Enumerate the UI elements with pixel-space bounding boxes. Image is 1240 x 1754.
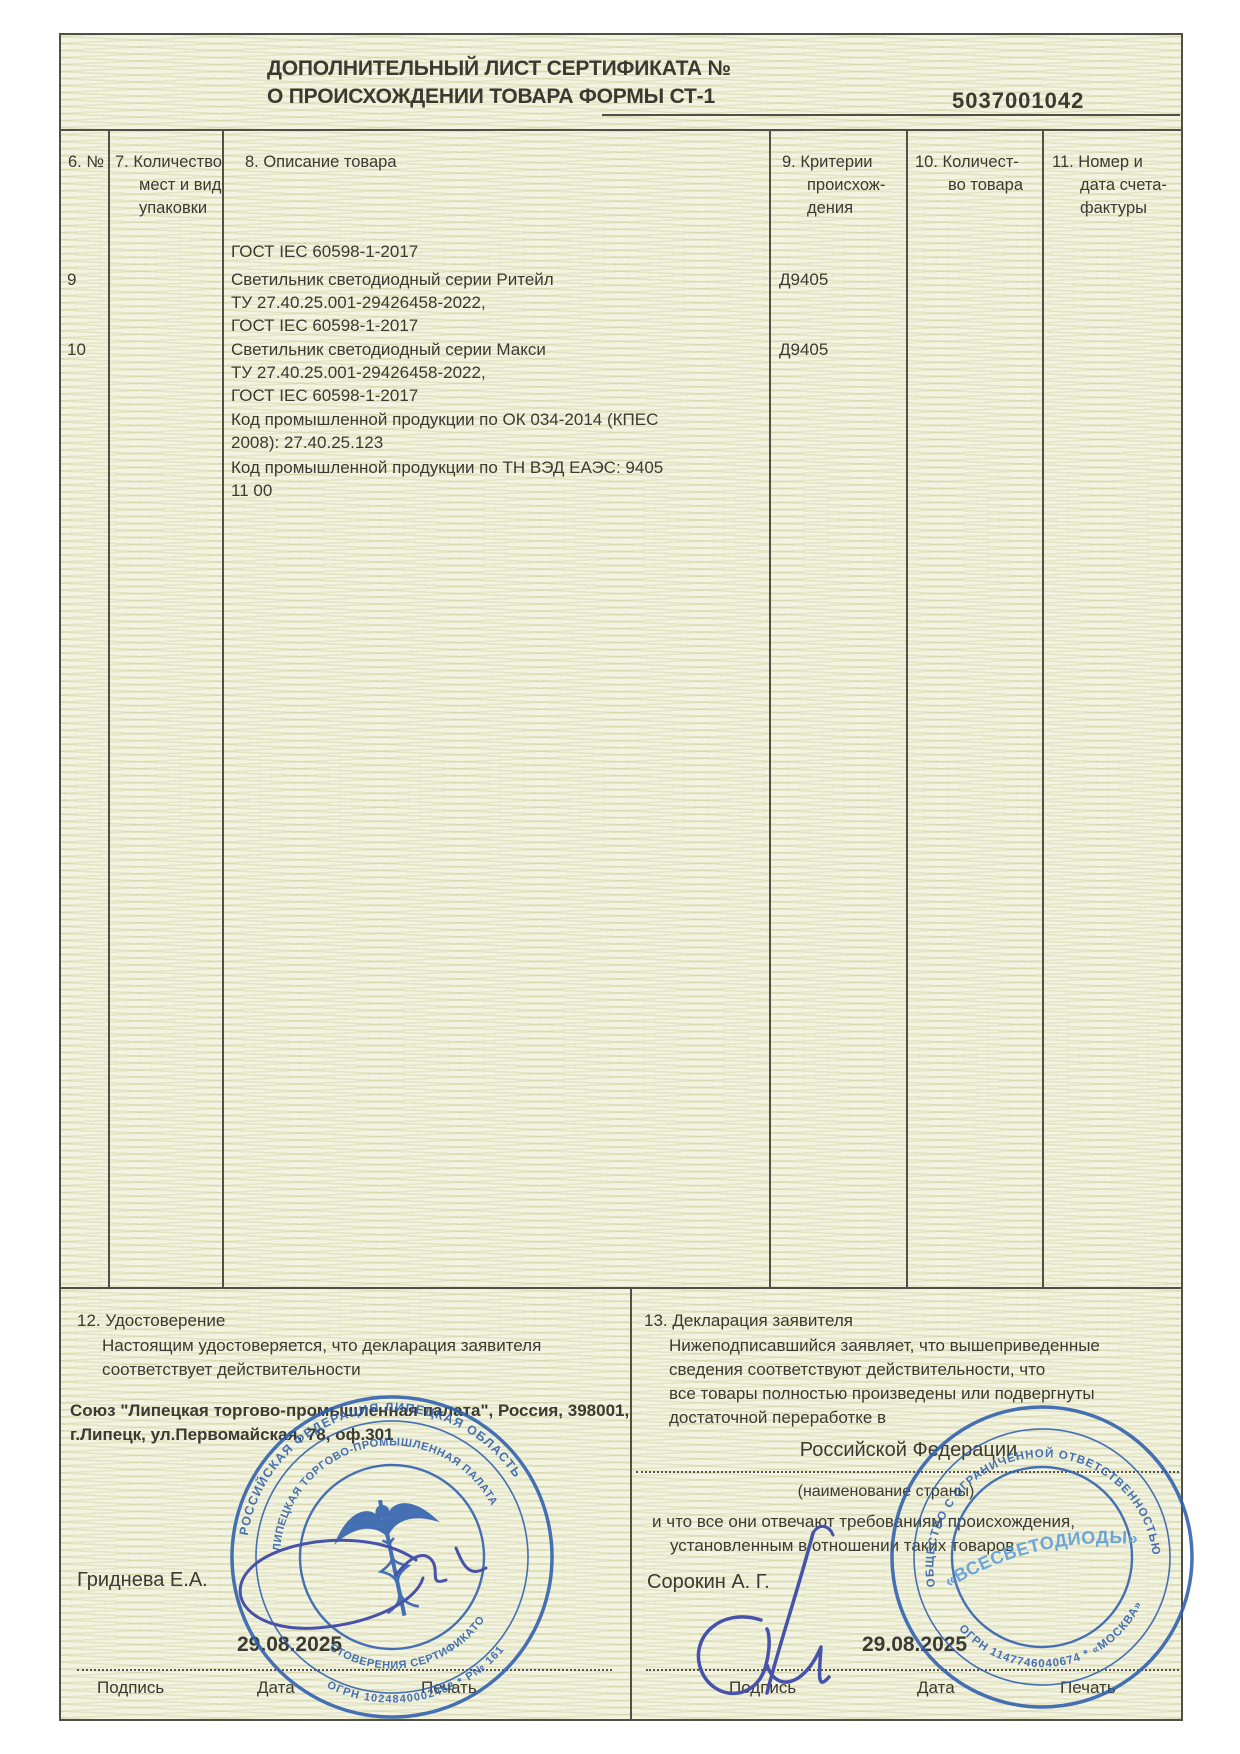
origin-criteria: Д9405 <box>779 340 828 360</box>
table-column-divider <box>222 129 224 1287</box>
col-header-10-line2: во товара <box>948 176 1023 195</box>
company-stamp-top-ring-text: ОБЩЕСТВО С ОГРАНИЧЕННОЙ ОТВЕТСТВЕННОСТЬЮ <box>909 1433 1162 1588</box>
company-stamp-bottom-ring-text: ОГРН 1147746040674 * «МОСКВА» <box>955 1598 1152 1683</box>
certificate-number: 5037001042 <box>952 88 1084 113</box>
goods-description: ГОСТ IEC 60598-1-2017 <box>231 386 418 406</box>
table-column-divider <box>906 129 908 1287</box>
header-divider-line <box>61 129 1181 131</box>
section12-body-line: соответствует действительности <box>102 1360 361 1380</box>
col-header-6: 6. № <box>68 153 104 172</box>
table-column-divider <box>1042 129 1044 1287</box>
section13-title: 13. Декларация заявителя <box>644 1311 853 1331</box>
company-stamp-center-text: «ВСЕСВЕТОДИОДЫ» <box>937 1520 1144 1593</box>
goods-description: Светильник светодиодный серии Макси <box>231 340 546 360</box>
svg-text:«ВСЕСВЕТОДИОДЫ»: «ВСЕСВЕТОДИОДЫ» <box>937 1520 1144 1593</box>
handwritten-signature-left <box>211 1520 541 1660</box>
section13-body-line: достаточной переработке в <box>669 1408 886 1428</box>
company-stamp: ОБЩЕСТВО С ОГРАНИЧЕННОЙ ОТВЕТСТВЕННОСТЬЮ… <box>882 1397 1202 1717</box>
col-header-11-line3: фактуры <box>1080 199 1147 218</box>
col-header-7-line3: упаковки <box>139 199 207 218</box>
section13-body-line: сведения соответствуют действительности,… <box>669 1360 1045 1380</box>
col-header-11-line2: дата счета- <box>1080 176 1167 195</box>
col-header-7-line2: мест и вид <box>139 176 221 195</box>
col-header-7: 7. Количество <box>115 153 222 172</box>
goods-description: ТУ 27.40.25.001-29426458-2022, <box>231 363 486 383</box>
certificate-number-underline <box>602 114 1180 116</box>
goods-standard-line: ГОСТ IEC 60598-1-2017 <box>231 242 418 262</box>
table-column-divider <box>769 129 771 1287</box>
section-divider <box>630 1287 632 1721</box>
section12-body-line: Настоящим удостоверяется, что декларация… <box>102 1336 541 1356</box>
goods-description: ГОСТ IEC 60598-1-2017 <box>231 316 418 336</box>
col-header-9-line2: происхож- <box>807 176 885 195</box>
table-column-divider <box>108 129 110 1287</box>
section12-title: 12. Удостоверение <box>77 1311 225 1331</box>
doc-title-line2: О ПРОИСХОЖДЕНИИ ТОВАРА ФОРМЫ СТ-1 <box>267 85 715 109</box>
product-code-line: Код промышленной продукции по ТН ВЭД ЕАЭ… <box>231 458 663 478</box>
col-header-11: 11. Номер и <box>1052 153 1143 172</box>
origin-criteria: Д9405 <box>779 270 828 290</box>
product-code-line: Код промышленной продукции по ОК 034-201… <box>231 410 658 430</box>
row-number: 10 <box>67 340 86 360</box>
svg-text:ОБЩЕСТВО С ОГРАНИЧЕННОЙ ОТВЕТС: ОБЩЕСТВО С ОГРАНИЧЕННОЙ ОТВЕТСТВЕННОСТЬЮ <box>909 1433 1162 1588</box>
doc-title-line1: ДОПОЛНИТЕЛЬНЫЙ ЛИСТ СЕРТИФИКАТА № <box>267 57 731 81</box>
col-header-9-line3: дения <box>807 199 853 218</box>
section13-body-line: Нижеподписавшийся заявляет, что вышеприв… <box>669 1336 1100 1356</box>
col-header-8: 8. Описание товара <box>245 153 397 172</box>
row-number: 9 <box>67 270 76 290</box>
scanned-certificate-page: { "header": { "title_line1": "ДОПОЛНИТЕЛ… <box>0 0 1240 1754</box>
col-header-9: 9. Критерии <box>782 153 873 172</box>
certificate-sheet: ДОПОЛНИТЕЛЬНЫЙ ЛИСТ СЕРТИФИКАТА № О ПРОИ… <box>59 33 1183 1721</box>
svg-text:ОГРН 1147746040674 * «МОСКВА»: ОГРН 1147746040674 * «МОСКВА» <box>955 1598 1152 1683</box>
table-bottom-line <box>61 1287 1181 1289</box>
section12-signer-name: Гриднева Е.А. <box>77 1569 208 1592</box>
handwritten-signature-right <box>661 1525 901 1725</box>
goods-description: Светильник светодиодный серии Ритейл <box>231 270 554 290</box>
product-code-line: 2008): 27.40.25.123 <box>231 433 383 453</box>
col-header-10: 10. Количест- <box>915 153 1019 172</box>
product-code-line: 11 00 <box>231 481 272 501</box>
goods-description: ТУ 27.40.25.001-29426458-2022, <box>231 293 486 313</box>
section12-label-sign: Подпись <box>97 1678 164 1698</box>
